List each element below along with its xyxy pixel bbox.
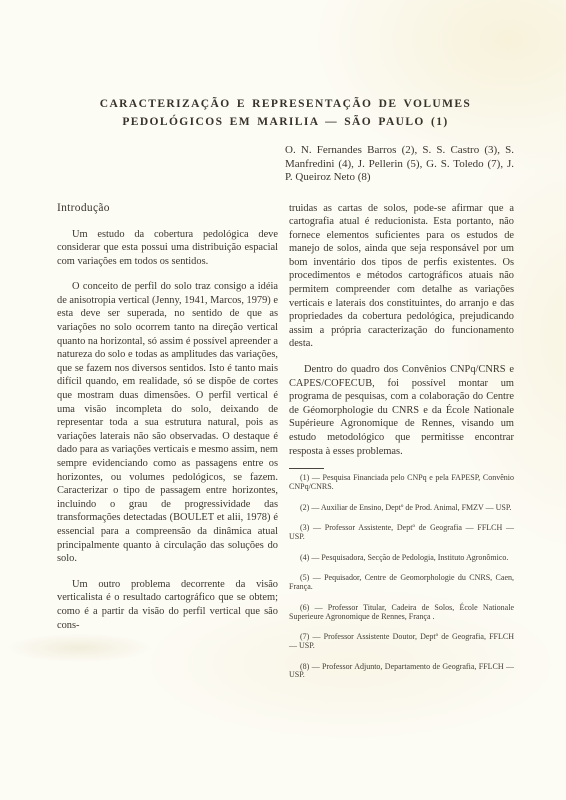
authors-block: O. N. Fernandes Barros (2), S. S. Castro… bbox=[285, 144, 514, 185]
footnote: (7) — Professor Assistente Doutor, Deptº… bbox=[289, 633, 514, 650]
paragraph: Dentro do quadro dos Convênios CNPq/CNRS… bbox=[289, 363, 514, 458]
footnote: (3) — Professor Assistente, Deptº de Geo… bbox=[289, 524, 514, 541]
scanned-paper-page: CARACTERIZAÇÃO E REPRESENTAÇÃO DE VOLUME… bbox=[0, 0, 566, 800]
footnote: (6) — Professor Titular, Cadeira de Solo… bbox=[289, 604, 514, 621]
paragraph: O conceito de perfil do solo traz consig… bbox=[57, 280, 278, 565]
footnote: (5) — Pequisador, Centre de Geomorpholog… bbox=[289, 574, 514, 591]
page-title-line-1: CARACTERIZAÇÃO E REPRESENTAÇÃO DE VOLUME… bbox=[57, 96, 514, 114]
footnotes-block: (1) — Pesquisa Financiada pelo CNPq e pe… bbox=[289, 474, 514, 680]
right-column: truidas as cartas de solos, pode-se afir… bbox=[289, 202, 514, 681]
footnote-divider bbox=[289, 468, 324, 469]
page-title: CARACTERIZAÇÃO E REPRESENTAÇÃO DE VOLUME… bbox=[57, 96, 514, 131]
page-title-line-2: PEDOLÓGICOS EM MARILIA — SÃO PAULO (1) bbox=[57, 114, 514, 132]
paragraph-continuation: truidas as cartas de solos, pode-se afir… bbox=[289, 202, 514, 352]
paragraph: Um outro problema decorrente da visão ve… bbox=[57, 578, 278, 632]
section-heading-introduction: Introdução bbox=[57, 202, 278, 214]
footnote: (1) — Pesquisa Financiada pelo CNPq e pe… bbox=[289, 474, 514, 491]
left-column: Introdução Um estudo da cobertura pedoló… bbox=[57, 202, 278, 681]
footnote: (2) — Auxiliar de Ensino, Deptº de Prod.… bbox=[289, 504, 514, 513]
footnote: (4) — Pesquisadora, Secção de Pedologia,… bbox=[289, 554, 514, 563]
paragraph: Um estudo da cobertura pedológica deve c… bbox=[57, 228, 278, 269]
footnote: (8) — Professor Adjunto, Departamento de… bbox=[289, 663, 514, 680]
two-column-body: Introdução Um estudo da cobertura pedoló… bbox=[57, 202, 514, 681]
